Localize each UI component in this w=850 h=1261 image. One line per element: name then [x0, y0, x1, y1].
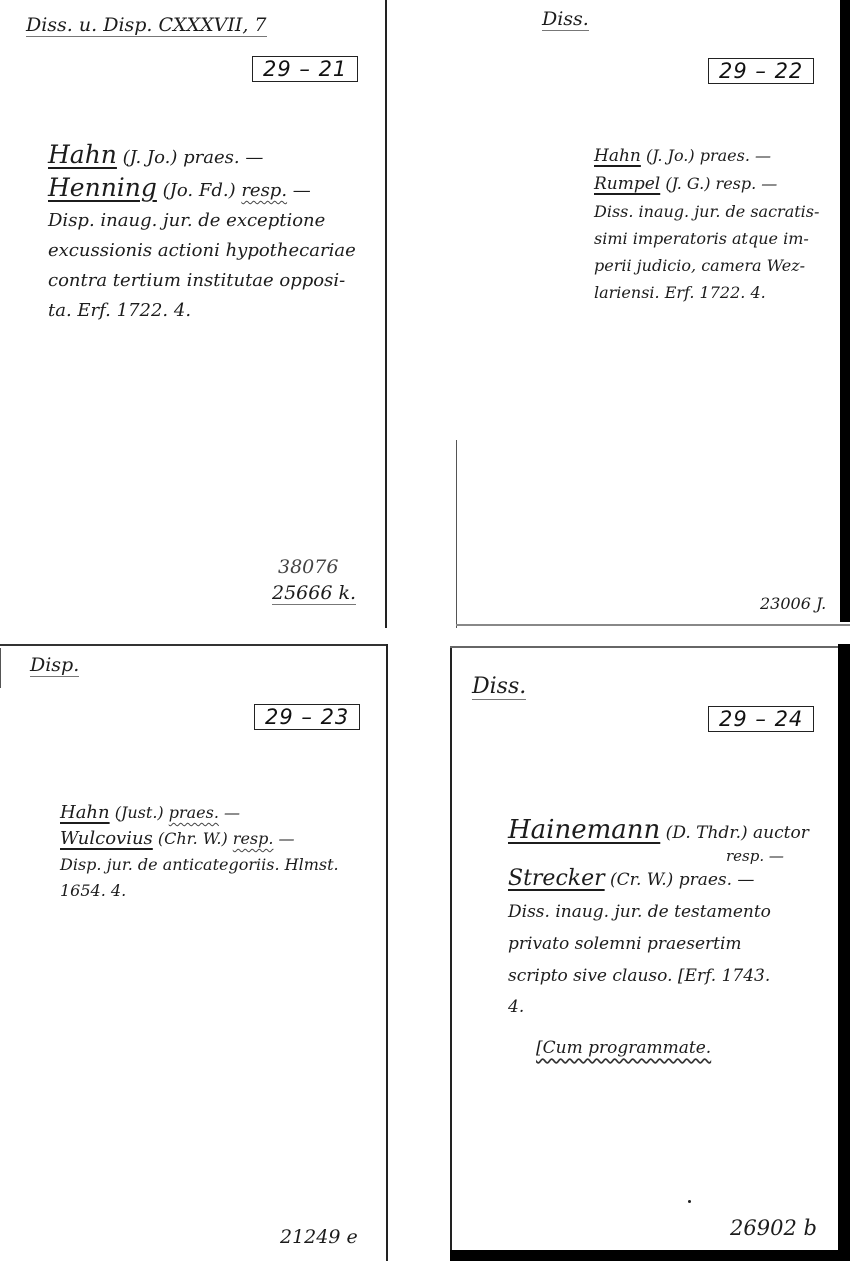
accession-number-old: 38076	[278, 556, 338, 578]
entry-line-author: Hainemann (D. Thdr.) auctor	[508, 814, 809, 849]
line-dash: —	[219, 803, 240, 822]
line-dash: —	[273, 829, 294, 848]
header-label: Diss. u. Disp. CXXXVII, 7	[26, 14, 267, 37]
author-name: Hainemann	[508, 815, 660, 845]
shelfmark: 29 – 24	[708, 706, 814, 732]
entry-line-respondent: Rumpel (J. G.) resp. —	[594, 170, 819, 198]
card-edge-left	[0, 648, 1, 688]
title-line: privato solemni praesertim	[508, 928, 809, 960]
catalog-entry: Hahn (Just.) praes. — Wulcovius (Chr. W.…	[60, 800, 339, 904]
title-line: Disp. inaug. jur. de exceptione	[48, 206, 356, 236]
card-edge-right	[385, 0, 387, 628]
entry-line-respondent: Wulcovius (Chr. W.) resp. —	[60, 826, 339, 852]
author-name: Hahn	[594, 146, 641, 166]
author-name: Hahn	[48, 140, 117, 169]
title-line: perii judicio, camera Wez-	[594, 252, 819, 279]
author-detail: (D. Thdr.) auctor	[660, 823, 809, 843]
catalog-card-29-23: Disp. 29 – 23 Hahn (Just.) praes. — Wulc…	[0, 644, 392, 1261]
title-line: excussionis actioni hypothecariae	[48, 236, 356, 266]
title-line: simi imperatoris atque im-	[594, 225, 819, 252]
entry-line-praeses: Hahn (Just.) praes. —	[60, 800, 339, 826]
accession-number: 21249 e	[280, 1226, 358, 1248]
header-label: Diss.	[472, 674, 526, 700]
card-edge-top	[0, 644, 386, 646]
accession-number: 23006 J.	[760, 594, 826, 613]
entry-line-respondent: Henning (Jo. Fd.) resp. —	[48, 173, 356, 206]
card-edge-right	[386, 644, 388, 1261]
respondent-name: Henning	[48, 173, 157, 202]
respondent-detail: (J. G.) resp. —	[660, 174, 777, 193]
shelfmark: 29 – 22	[708, 58, 814, 84]
author-detail: (J. Jo.) praes. —	[641, 146, 771, 165]
scan-border-right	[840, 0, 850, 622]
catalog-entry: Hainemann (D. Thdr.) auctor resp. — Stre…	[508, 814, 809, 1022]
praeses-detail: (Cr. W.) praes. —	[605, 870, 755, 890]
header-label: Diss.	[542, 8, 589, 31]
accession-number: 25666 k.	[272, 582, 356, 605]
catalog-card-29-24: Diss. 29 – 24 Hainemann (D. Thdr.) aucto…	[450, 644, 850, 1261]
title-line: Diss. inaug. jur. de testamento	[508, 896, 809, 928]
author-detail: (Just.)	[110, 803, 169, 822]
imprint-line: 4.	[508, 992, 809, 1022]
ink-dot	[688, 1200, 691, 1203]
respondent-name: Wulcovius	[60, 828, 153, 849]
catalog-card-29-22: Diss. 29 – 22 Hahn (J. Jo.) praes. — Rum…	[456, 0, 850, 628]
title-line: Disp. jur. de anticategoriis. Hlmst.	[60, 852, 339, 878]
shelfmark: 29 – 21	[252, 56, 358, 82]
author-name: Hahn	[60, 802, 110, 823]
catalog-card-29-21: Diss. u. Disp. CXXXVII, 7 29 – 21 Hahn (…	[0, 0, 388, 628]
entry-line-praeses: Strecker (Cr. W.) praes. —	[508, 863, 809, 896]
title-line: scripto sive clauso. [Erf. 1743.	[508, 960, 809, 992]
entry-line-praeses: Hahn (J. Jo.) praes. —	[594, 142, 819, 170]
accession-number: 26902 b	[730, 1216, 817, 1240]
title-line: Diss. inaug. jur. de sacratis-	[594, 198, 819, 225]
respondent-name: Rumpel	[594, 174, 660, 194]
respondent-detail: (Chr. W.)	[153, 829, 233, 848]
line-dash: —	[287, 180, 311, 201]
card-edge-left	[450, 648, 452, 1254]
catalog-entry: Hahn (J. Jo.) praes. — Rumpel (J. G.) re…	[594, 142, 819, 306]
program-note: [Cum programmate.	[536, 1038, 711, 1058]
header-label: Disp.	[30, 654, 79, 677]
imprint-line: lariensi. Erf. 1722. 4.	[594, 279, 819, 306]
title-line: contra tertium institutae opposi-	[48, 266, 356, 296]
card-edge-left	[456, 440, 457, 628]
shelfmark: 29 – 23	[254, 704, 360, 730]
card-edge-bottom	[456, 624, 850, 626]
scan-border-right	[838, 644, 850, 1261]
catalog-entry: Hahn (J. Jo.) praes. — Henning (Jo. Fd.)…	[48, 140, 356, 326]
respondent-role: resp.	[241, 180, 287, 201]
author-detail: (J. Jo.) praes. —	[117, 147, 263, 168]
entry-line-praeses: Hahn (J. Jo.) praes. —	[48, 140, 356, 173]
imprint-line: 1654. 4.	[60, 878, 339, 904]
imprint-line: ta. Erf. 1722. 4.	[48, 296, 356, 326]
praeses-role: praes.	[169, 803, 219, 822]
respondent-role: resp.	[233, 829, 274, 848]
card-edge-top	[450, 646, 840, 648]
respondent-detail: (Jo. Fd.)	[157, 180, 241, 201]
praeses-name: Strecker	[508, 866, 605, 891]
scan-border-bottom	[450, 1250, 850, 1261]
author-role-continuation: resp. —	[508, 849, 809, 863]
